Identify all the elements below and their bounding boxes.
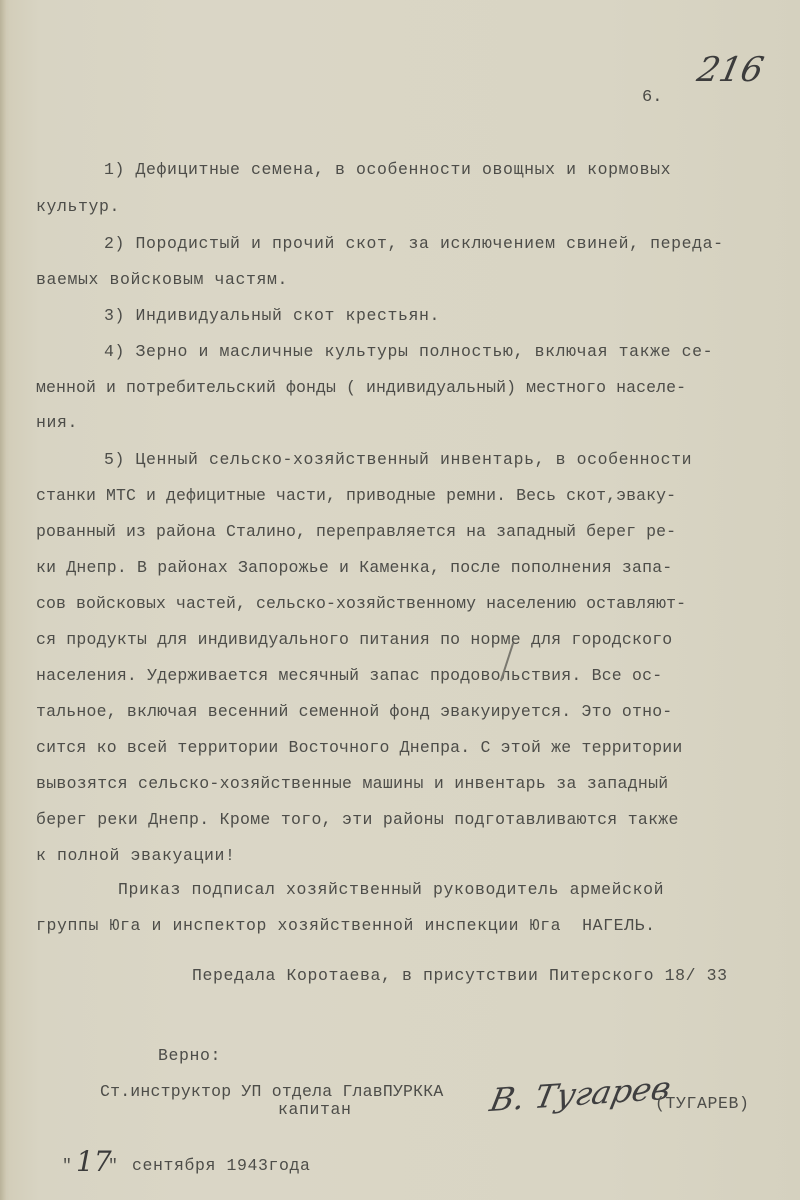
date-text: сентября 1943года xyxy=(132,1156,311,1175)
text-line: ваемых войсковым частям. xyxy=(36,270,288,289)
text-line: ки Днепр. В районах Запорожье и Каменка,… xyxy=(36,558,672,577)
text-line: ся продукты для индивидуального питания … xyxy=(36,630,672,649)
text-line: 1) Дефицитные семена, в особенности овощ… xyxy=(104,160,671,179)
handwritten-signature: В. Тугарев xyxy=(487,1069,674,1119)
text-line: ния. xyxy=(36,413,78,432)
text-line: 4) Зерно и масличные культуры полностью,… xyxy=(104,342,713,361)
document-page: 216 6. 1) Дефицитные семена, в особеннос… xyxy=(0,0,800,1200)
text-line: менной и потребительский фонды ( индивид… xyxy=(36,378,686,397)
page-number: 6. xyxy=(642,88,662,107)
signer-rank: капитан xyxy=(278,1100,352,1119)
text-line: группы Юга и инспектор хозяйственной инс… xyxy=(36,916,656,935)
text-line: станки МТС и дефицитные части, приводные… xyxy=(36,486,676,505)
text-line: Приказ подписал хозяйственный руководите… xyxy=(118,880,664,899)
text-line: берег реки Днепр. Кроме того, эти районы… xyxy=(36,810,679,829)
text-line: к полной эвакуации! xyxy=(36,846,236,865)
text-line: 3) Индивидуальный скот крестьян. xyxy=(104,306,440,325)
text-line: 5) Ценный сельско-хозяйственный инвентар… xyxy=(104,450,692,469)
text-line: сов войсковых частей, сельско-хозяйствен… xyxy=(36,594,686,613)
signer-position: Ст.инструктор УП отдела ГлавПУРККА xyxy=(100,1082,443,1101)
date-day-handwritten: 17 xyxy=(76,1145,112,1178)
text-line: культур. xyxy=(36,197,120,216)
date-open-quote: " xyxy=(62,1156,73,1175)
date-close-quote: " xyxy=(108,1156,119,1175)
text-line: тальное, включая весенний семенной фонд … xyxy=(36,702,672,721)
text-line: вывозятся сельско-хозяйственные машины и… xyxy=(36,774,669,793)
transmission-note: Передала Коротаева, в присутствии Питерс… xyxy=(192,966,728,985)
paper-edge xyxy=(0,0,6,1200)
text-line: рованный из района Сталино, переправляет… xyxy=(36,522,676,541)
signer-name: (ТУГАРЕВ) xyxy=(655,1094,750,1113)
text-line: сится ко всей территории Восточного Днеп… xyxy=(36,738,683,757)
text-line: населения. Удерживается месячный запас п… xyxy=(36,666,662,685)
text-line: 2) Породистый и прочий скот, за исключен… xyxy=(104,234,724,253)
folio-number-handwritten: 216 xyxy=(694,50,767,90)
verified-label: Верно: xyxy=(158,1046,221,1065)
